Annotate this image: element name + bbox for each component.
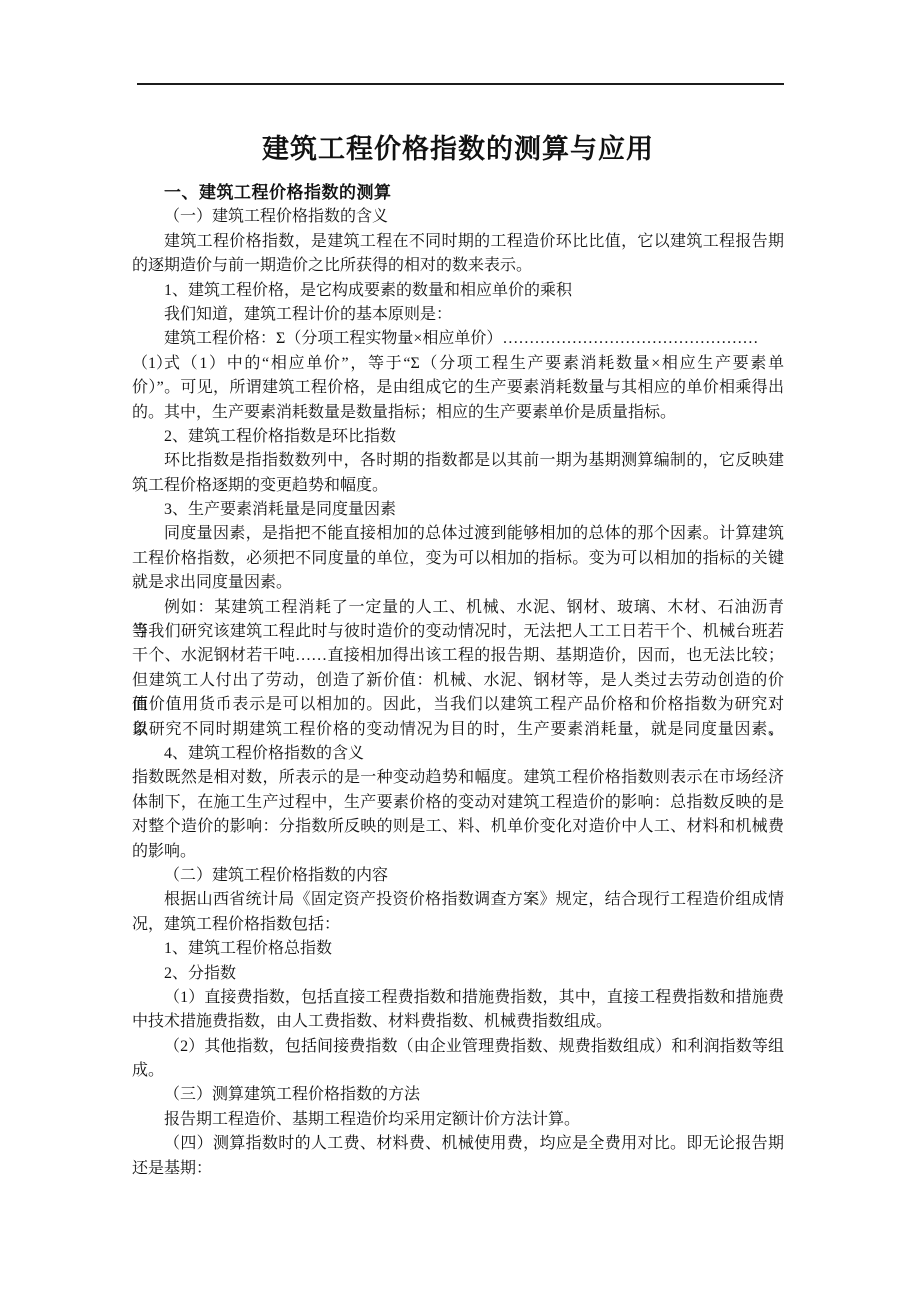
document-line: 我们知道，建筑工程计价的基本原则是： [132, 303, 784, 327]
document-line: （一）建筑工程价格指数的含义 [132, 205, 784, 229]
document-line: 环比指数是指指数数列中，各时期的指数都是以其前一期为基期测算编制的，它反映建 [132, 449, 784, 473]
document-line: （1）直接费指数，包括直接工程费指数和措施费指数，其中，直接工程费指数和措施费 [132, 986, 784, 1010]
document-title: 建筑工程价格指数的测算与应用 [132, 131, 784, 167]
document-line: 例如：某建筑工程消耗了一定量的人工、机械、水泥、钢材、玻璃、木材、石油沥青等。 [132, 596, 784, 620]
document-line: 2、建筑工程价格指数是环比指数 [132, 425, 784, 449]
document-line: 的。其中，生产要素消耗数量是数量指标；相应的生产要素单价是质量指标。 [132, 401, 784, 425]
document-line: （三）测算建筑工程价格指数的方法 [132, 1083, 784, 1107]
document-line: 1、建筑工程价格总指数 [132, 937, 784, 961]
document-line: 以研究不同时期建筑工程价格的变动情况为目的时，生产要素消耗量，就是同度量因素。 [132, 718, 784, 742]
document-line: （2）其他指数，包括间接费指数（由企业管理费指数、规费指数组成）和利润指数等组 [132, 1035, 784, 1059]
document-line: 还是基期： [132, 1157, 784, 1181]
document-line: 指数既然是相对数，所表示的是一种变动趋势和幅度。建筑工程价格指数则表示在市场经济 [132, 766, 784, 790]
document-line: 当我们研究该建筑工程此时与彼时造价的变动情况时，无法把人工工日若干个、机械台班若 [132, 620, 784, 644]
document-line: 筑工程价格逐期的变更趋势和幅度。 [132, 474, 784, 498]
document-line: 但建筑工人付出了劳动，创造了新价值：机械、水泥、钢材等，是人类过去劳动创造的价值… [132, 669, 784, 693]
document-line: 成。 [132, 1059, 784, 1083]
document-line: 3、生产要素消耗量是同度量因素 [132, 498, 784, 522]
header-rule [137, 83, 784, 85]
document-line: 式（1）中的“相应单价”，等于“Σ（分项工程生产要素消耗数量×相应生产要素单 [132, 352, 784, 376]
document-line: 就是求出同度量因素。 [132, 571, 784, 595]
document-line: 中技术措施费指数，由人工费指数、材料费指数、机械费指数组成。 [132, 1010, 784, 1034]
document-line: 建筑工程价格指数，是建筑工程在不同时期的工程造价环比比值，它以建筑工程报告期 [132, 230, 784, 254]
document-line: 同度量因素，是指把不能直接相加的总体过渡到能够相加的总体的那个因素。计算建筑 [132, 522, 784, 546]
document-body: 一、建筑工程价格指数的测算（一）建筑工程价格指数的含义建筑工程价格指数，是建筑工… [132, 181, 784, 1181]
document-line: （二）建筑工程价格指数的内容 [132, 864, 784, 888]
document-line: 的逐期造价与前一期造价之比所获得的相对的数来表示。 [132, 254, 784, 278]
document-line: 价）”。可见，所谓建筑工程价格，是由组成它的生产要素消耗数量与其相应的单价相乘得… [132, 376, 784, 400]
document-line: 根据山西省统计局《固定资产投资价格指数调查方案》规定，结合现行工程造价组成情 [132, 888, 784, 912]
document-page: 建筑工程价格指数的测算与应用 一、建筑工程价格指数的测算（一）建筑工程价格指数的… [0, 0, 920, 1302]
document-line: 对整个造价的影响：分指数所反映的则是工、料、机单价变化对造价中人工、材料和机械费 [132, 815, 784, 839]
document-line: （四）测算指数时的人工费、材料费、机械使用费，均应是全费用对比。即无论报告期 [132, 1132, 784, 1156]
document-line: 干个、水泥钢材若干吨……直接相加得出该工程的报告期、基期造价，因而，也无法比较； [132, 644, 784, 668]
document-line: 2、分指数 [132, 962, 784, 986]
document-line: 而价值用货币表示是可以相加的。因此，当我们以建筑工程产品价格和价格指数为研究对象… [132, 693, 784, 717]
document-line: 1、建筑工程价格，是它构成要素的数量和相应单价的乘积 [132, 279, 784, 303]
document-line: 况，建筑工程价格指数包括： [132, 913, 784, 937]
document-line: 体制下，在施工生产过程中，生产要素价格的变动对建筑工程造价的影响：总指数反映的是 [132, 791, 784, 815]
document-line: 报告期工程造价、基期工程造价均采用定额计价方法计算。 [132, 1108, 784, 1132]
document-line: 建筑工程价格：Σ（分项工程实物量×相应单价）…………………………………………（1… [132, 327, 784, 351]
document-line: 一、建筑工程价格指数的测算 [132, 181, 784, 205]
document-line: 4、建筑工程价格指数的含义 [132, 742, 784, 766]
document-line: 的影响。 [132, 840, 784, 864]
document-line: 工程价格指数，必须把不同度量的单位，变为可以相加的指标。变为可以相加的指标的关键 [132, 547, 784, 571]
